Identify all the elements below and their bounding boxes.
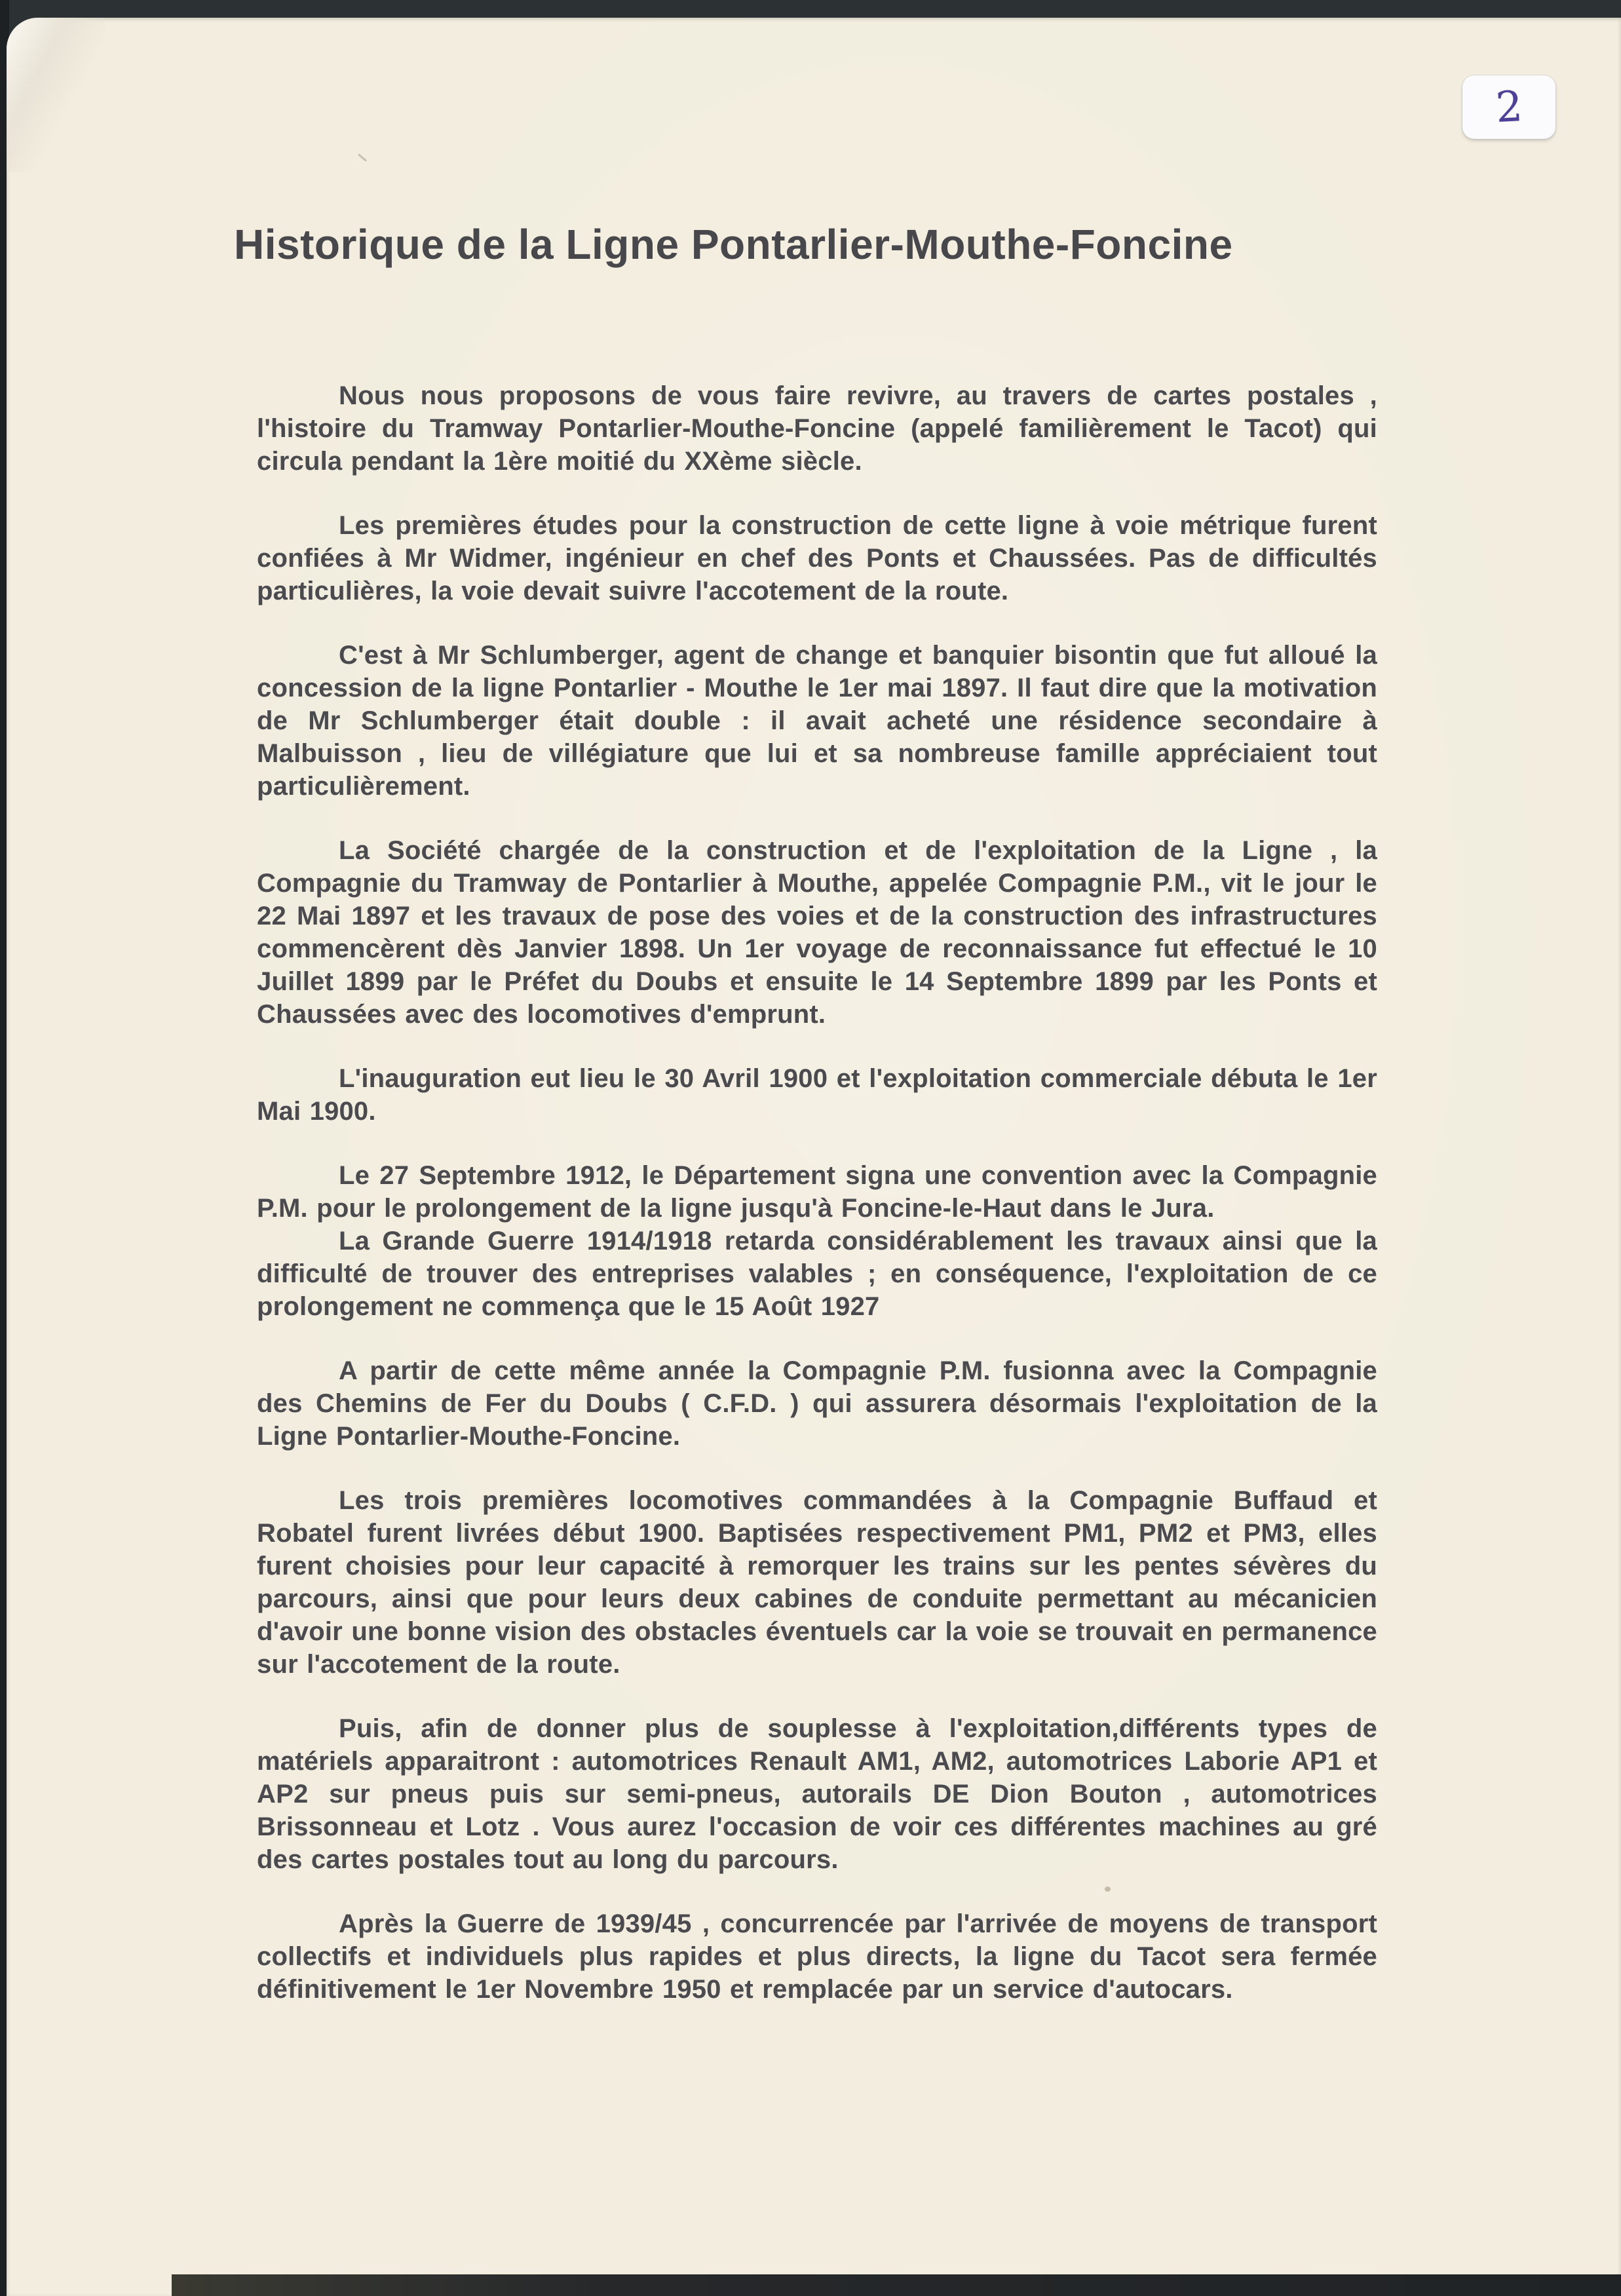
document-title: Historique de la Ligne Pontarlier-Mouthe… — [234, 221, 1376, 267]
paragraph: C'est à Mr Schlumberger, agent de change… — [257, 639, 1377, 803]
dust-speck — [1135, 915, 1139, 919]
scanner-backdrop-bottom — [172, 2274, 1621, 2296]
paragraph: Nous nous proposons de vous faire revivr… — [257, 379, 1377, 478]
paragraph: Puis, afin de donner plus de souplesse à… — [257, 1712, 1377, 1876]
paper-sheet: 2 Historique de la Ligne Pontarlier-Mout… — [7, 18, 1621, 2296]
paragraph: Les premières études pour la constructio… — [257, 509, 1377, 607]
paragraph: Après la Guerre de 1939/45 , concurrencé… — [257, 1907, 1377, 2006]
paragraph: Les trois premières locomotives commandé… — [257, 1484, 1377, 1681]
dust-speck — [1105, 1886, 1111, 1892]
paragraph: La Société chargée de la construction et… — [257, 834, 1377, 1031]
paragraph: A partir de cette même année la Compagni… — [257, 1354, 1377, 1453]
paragraph: Le 27 Septembre 1912, le Département sig… — [257, 1159, 1377, 1225]
document-body: Nous nous proposons de vous faire revivr… — [257, 379, 1376, 2006]
document-content: Historique de la Ligne Pontarlier-Mouthe… — [7, 18, 1621, 2037]
paragraph: La Grande Guerre 1914/1918 retarda consi… — [257, 1225, 1377, 1323]
scanned-album-page: { "page_label": { "value": "2" }, "docum… — [0, 0, 1621, 2296]
paragraph: L'inauguration eut lieu le 30 Avril 1900… — [257, 1062, 1377, 1128]
